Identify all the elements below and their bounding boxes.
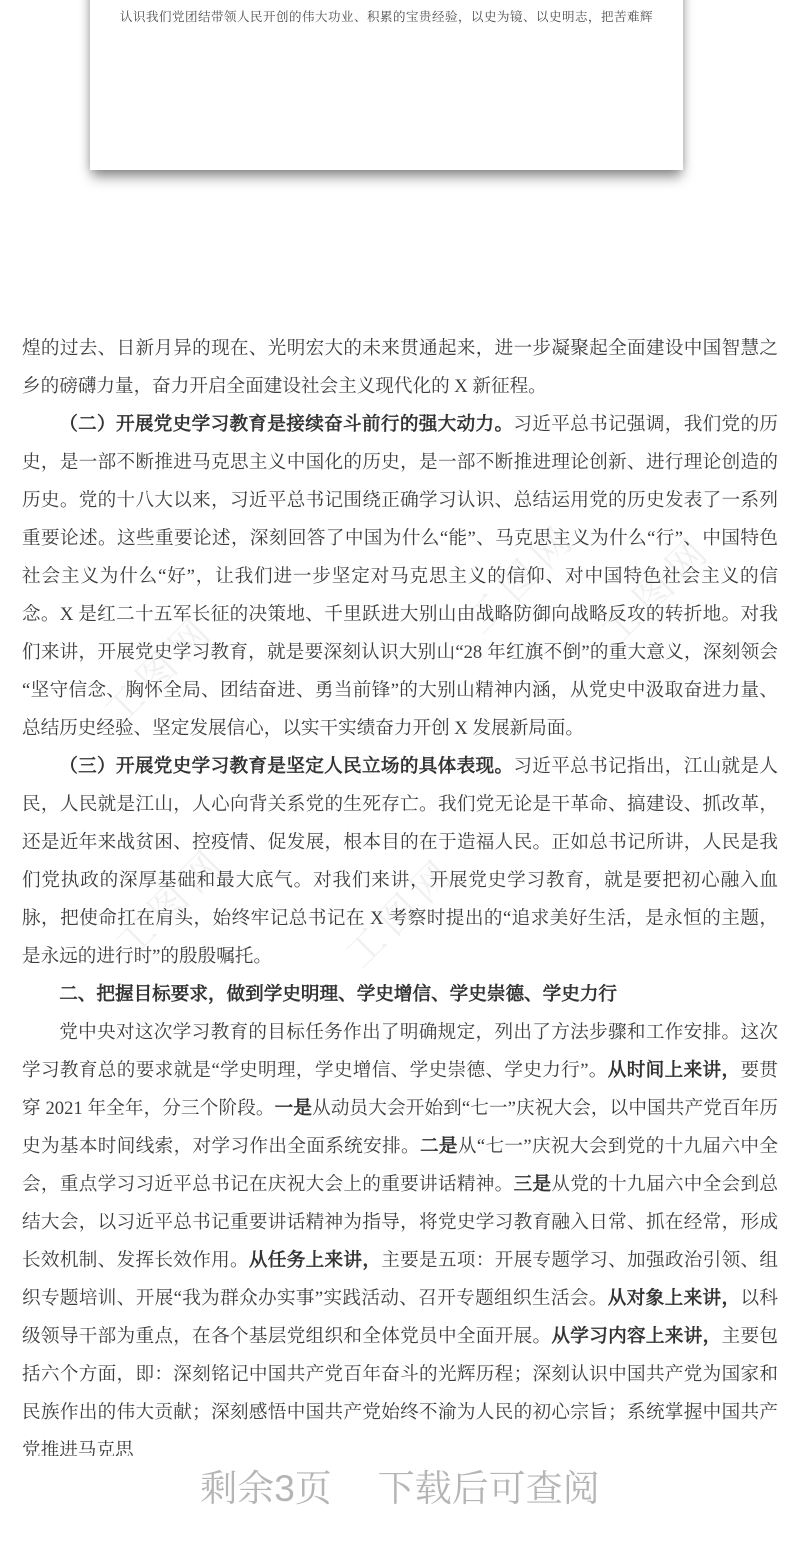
bold-text-run: 从任务上来讲， [249, 1250, 381, 1271]
remaining-pages-notice: 剩余3页下载后可查阅 [0, 1458, 800, 1512]
download-to-view-hint: 下载后可查阅 [378, 1468, 600, 1509]
bold-text-run: （三）开展党史学习教育是坚定人民立场的具体表现。 [59, 756, 513, 777]
paragraph: （三）开展党史学习教育是坚定人民立场的具体表现。习近平总书记指出，江山就是人民，… [22, 748, 778, 976]
bold-text-run: 从对象上来讲， [608, 1288, 741, 1309]
bold-text-run: 一是 [275, 1098, 312, 1119]
text-run: 煌的过去、日新月异的现在、光明宏大的未来贯通起来，进一步凝聚起全面建设中国智慧之… [22, 338, 778, 397]
previous-page-last-line: 认识我们党团结带领人民开创的伟大功业、积累的宝贵经验，以史为镜、以史明志，把苦难… [90, 0, 683, 25]
paragraph: 党中央对这次学习教育的目标任务作出了明确规定，列出了方法步骤和工作安排。这次学习… [22, 1014, 778, 1456]
remaining-pages-count: 剩余3页 [200, 1468, 332, 1509]
previous-page-card: 认识我们党团结带领人民开创的伟大功业、积累的宝贵经验，以史为镜、以史明志，把苦难… [90, 0, 683, 170]
paragraph: 煌的过去、日新月异的现在、光明宏大的未来贯通起来，进一步凝聚起全面建设中国智慧之… [22, 330, 778, 406]
text-run: 习近平总书记指出，江山就是人民，人民就是江山，人心向背关系党的生死存亡。我们党无… [22, 756, 778, 967]
bold-text-run: 二是 [420, 1136, 458, 1157]
text-run: 习近平总书记强调，我们党的历史，是一部不断推进马克思主义中国化的历史，是一部不断… [22, 414, 778, 739]
bold-text-run: 从学习内容上来讲， [551, 1326, 721, 1347]
bold-text-run: （二）开展党史学习教育是接续奋斗前行的强大动力。 [59, 414, 513, 435]
bold-text-run: 三是 [514, 1174, 552, 1195]
bold-text-run: 从时间上来讲， [608, 1060, 741, 1081]
paragraph: （二）开展党史学习教育是接续奋斗前行的强大动力。习近平总书记强调，我们党的历史，… [22, 406, 778, 748]
document-preview-page: { "preview_card": { "text": "认识我们党团结带领人民… [0, 0, 800, 1564]
document-body: 煌的过去、日新月异的现在、光明宏大的未来贯通起来，进一步凝聚起全面建设中国智慧之… [22, 330, 778, 1456]
bold-text-run: 二、把握目标要求，做到学史明理、学史增信、学史崇德、学史力行 [59, 984, 617, 1005]
section-heading: 二、把握目标要求，做到学史明理、学史增信、学史崇德、学史力行 [22, 976, 778, 1014]
